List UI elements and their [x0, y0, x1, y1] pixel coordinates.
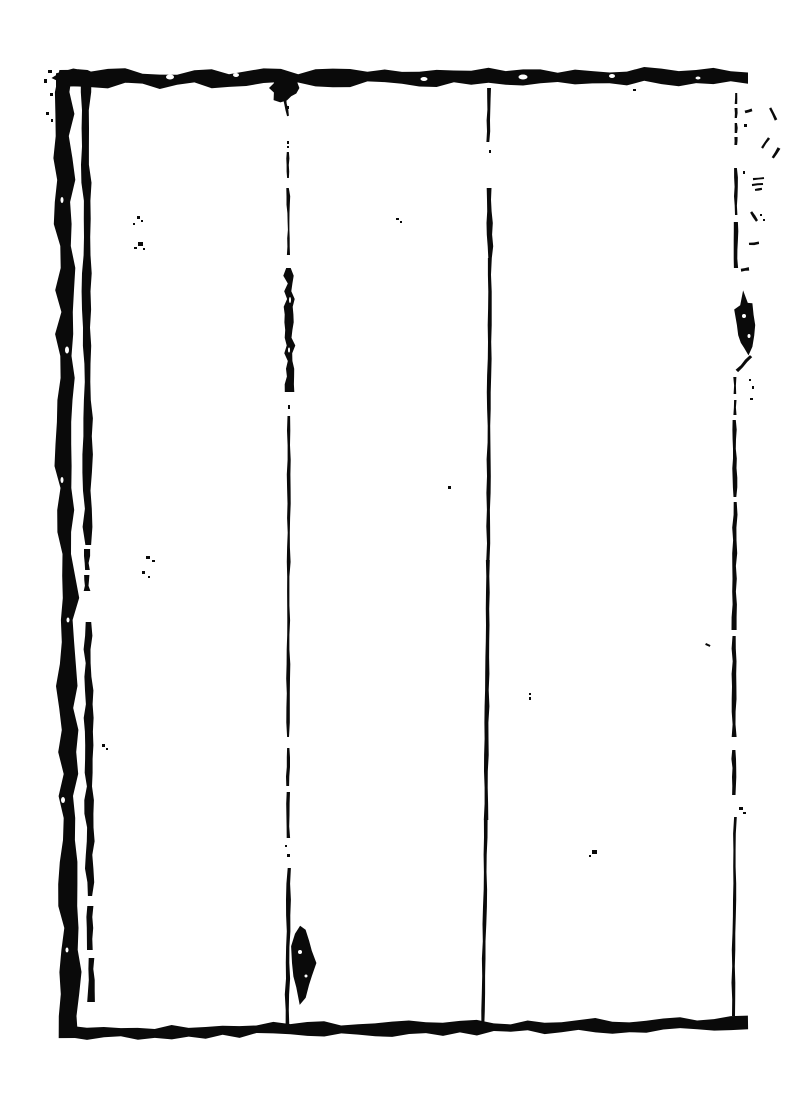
- left-inner-rule-dash: [84, 549, 90, 570]
- ink-speck: [592, 850, 597, 854]
- ink-speck: [50, 93, 53, 96]
- ink-speck: [396, 218, 399, 220]
- ink-speck: [529, 697, 531, 700]
- fold-rule-dash: [735, 123, 738, 133]
- ink-speck: [739, 807, 743, 810]
- fold-rule: [732, 817, 737, 1016]
- glyph-fragment-dot: [763, 219, 765, 221]
- ink-speck: [106, 748, 108, 750]
- paper-hole: [61, 477, 64, 483]
- glyph-fragment: [761, 137, 770, 148]
- glyph-fragment-dot: [744, 124, 747, 127]
- fold-rule: [732, 636, 737, 737]
- paper-hole: [289, 297, 291, 303]
- column-rule-2: [487, 188, 494, 258]
- column-rule-2: [481, 820, 487, 1028]
- column-rule-1-dash: [286, 152, 289, 178]
- column-rule-2-top: [486, 88, 491, 142]
- paper-hole: [166, 75, 174, 80]
- column-rule-1: [285, 868, 291, 1026]
- ink-speck: [148, 576, 150, 578]
- left-outer-border: [53, 70, 81, 1038]
- ink-speck: [529, 693, 531, 695]
- fold-rule-slash: [736, 355, 753, 372]
- column-rule-1-dash: [286, 792, 290, 838]
- fold-rule-dash: [733, 377, 736, 394]
- ink-speck: [287, 106, 289, 109]
- paper-hole: [298, 950, 302, 954]
- column-rule-1-dash: [286, 748, 290, 786]
- paper-hole: [609, 74, 615, 78]
- left-inner-rule-dash: [87, 958, 95, 1002]
- paper-hole: [66, 948, 69, 953]
- ink-speck: [287, 141, 289, 144]
- ink-speck: [152, 560, 155, 562]
- ink-speck: [48, 70, 52, 73]
- ink-speck: [134, 247, 137, 249]
- glyph-fragment-dot: [749, 379, 751, 381]
- glyph-fragment: [749, 242, 759, 246]
- scanned-book-page: Blank ruled leaf of an old woodblock-pri…: [0, 0, 800, 1108]
- ink-speck: [705, 643, 710, 647]
- glyph-fragment: [772, 147, 781, 158]
- glyph-fragment: [769, 107, 777, 120]
- glyph-fragment: [741, 267, 749, 272]
- ink-speck: [133, 223, 135, 225]
- ink-speck: [743, 812, 746, 814]
- left-inner-rule: [84, 622, 95, 896]
- fold-rule-dash: [734, 137, 737, 145]
- ink-speck: [287, 146, 289, 148]
- glyph-fragment-dot: [752, 386, 754, 389]
- ink-speck: [143, 248, 145, 250]
- ink-speck: [44, 79, 47, 83]
- column-rule-2: [484, 560, 490, 820]
- ink-speck: [288, 405, 290, 409]
- paper-hole: [65, 347, 69, 354]
- left-inner-rule-dash: [84, 575, 91, 591]
- ink-speck: [589, 855, 591, 857]
- glyph-fragment: [755, 188, 762, 191]
- fold-rule-dash: [733, 400, 736, 415]
- column-rule-1-heavy: [283, 268, 295, 392]
- column-rule-1: [286, 416, 291, 737]
- ink-speck: [141, 220, 143, 222]
- fold-rule: [732, 420, 737, 497]
- ink-speck: [146, 556, 150, 559]
- fold-rule: [734, 222, 739, 268]
- column-rule-1-dash: [286, 188, 290, 255]
- paper-hole: [696, 77, 701, 80]
- glyph-fragment: [753, 177, 764, 180]
- paper-hole: [67, 618, 70, 623]
- ink-speck: [448, 486, 451, 489]
- glyph-fragment-dot: [750, 398, 753, 400]
- fold-rule-dash: [735, 108, 738, 118]
- paper-hole: [742, 314, 746, 318]
- ink-speck: [400, 221, 402, 223]
- top-border: [56, 67, 748, 89]
- left-inner-rule-dash: [86, 906, 93, 950]
- ink-speck: [51, 119, 53, 122]
- paper-hole: [61, 197, 64, 203]
- glyph-fragment: [745, 109, 753, 114]
- ink-speck: [137, 216, 140, 219]
- rule-1-bottom-blotch: [291, 926, 316, 1005]
- fold-rule-dash: [735, 93, 738, 104]
- paper-hole: [305, 975, 308, 978]
- paper-hole: [748, 334, 751, 338]
- glyph-fragment-dot: [760, 214, 762, 216]
- paper-hole: [61, 797, 65, 803]
- left-inner-rule: [81, 74, 93, 545]
- bottom-border: [70, 1016, 748, 1040]
- fold-rule: [732, 502, 738, 630]
- glyph-fragment: [752, 183, 763, 186]
- ink-speck: [46, 112, 49, 115]
- ink-speck: [142, 571, 145, 574]
- paper-hole: [519, 75, 528, 80]
- ink-speck: [633, 89, 636, 91]
- column-rule-2: [486, 258, 492, 560]
- ink-speck: [285, 845, 287, 847]
- paper-hole: [421, 77, 428, 81]
- ink-speck: [102, 744, 105, 747]
- glyph-fragment: [750, 211, 758, 222]
- fold-blotch: [734, 290, 755, 355]
- ink-speck: [489, 150, 491, 153]
- ink-speck: [138, 242, 143, 246]
- page-scan-svg: [0, 0, 800, 1108]
- fold-rule: [734, 168, 738, 215]
- paper-hole: [288, 348, 290, 353]
- fold-rule: [731, 750, 736, 795]
- paper-hole: [233, 73, 239, 77]
- ink-speck: [287, 854, 290, 857]
- glyph-fragment-dot: [743, 171, 745, 174]
